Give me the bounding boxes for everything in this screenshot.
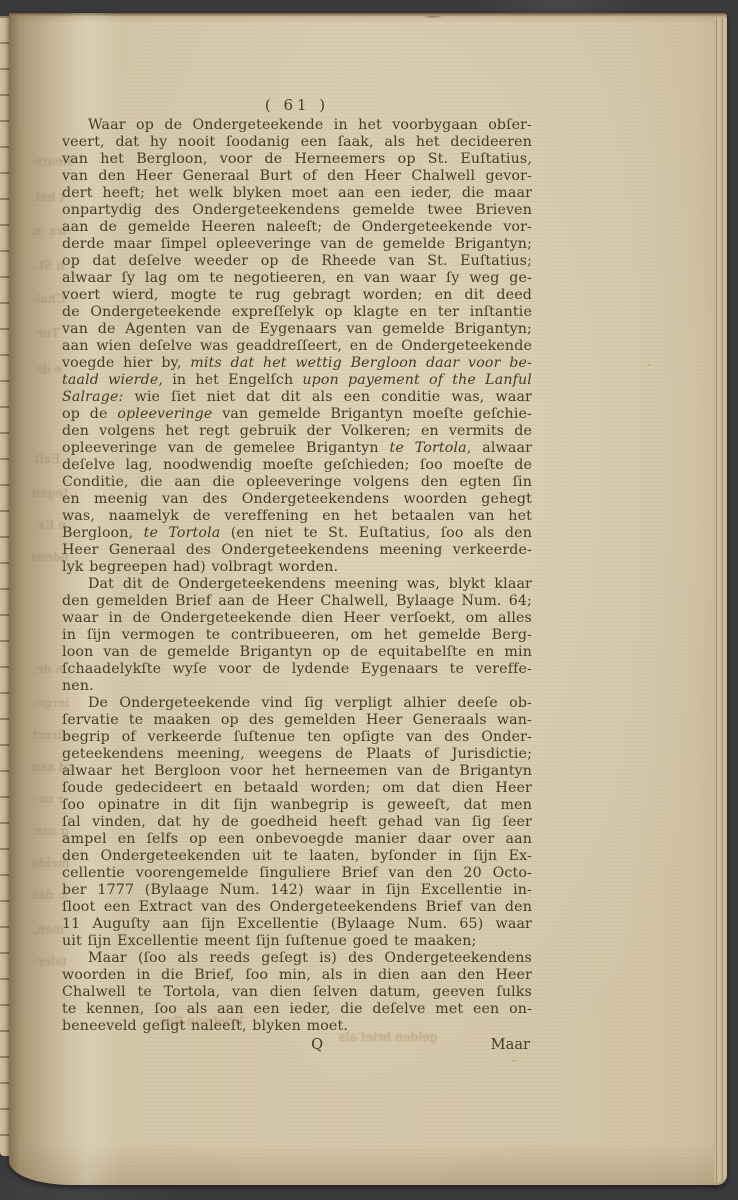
text-segment: voegde hier by, <box>62 355 190 371</box>
text-line: nen. <box>62 678 532 695</box>
text-segment: ber 1777 (Bylaage Num. 142) waar in ſijn… <box>62 882 532 898</box>
text-line: den Ondergeteekenden uit te laaten, byſo… <box>62 848 532 865</box>
page-number: ( 61 ) <box>62 95 532 115</box>
italic-text-segment: te Tortola <box>144 525 221 541</box>
text-line: alwaar ſy lag om te negotieeren, en van … <box>62 270 532 287</box>
text-segment: geteekendens meening, weegens de Plaats … <box>62 746 532 762</box>
text-line: Bergloon, te Tortola (en niet te St. Euſ… <box>62 525 532 542</box>
text-segment: van den Heer Generaal Burt of den Heer C… <box>62 168 532 184</box>
text-line: opleeveringe van de gemelee Brigantyn te… <box>62 440 532 457</box>
text-segment: ſchaadelykſte wyſe voor de lydende Eygen… <box>62 661 532 677</box>
text-line: ſoo opinatre in dit ſijn wanbegrip is ge… <box>62 797 532 814</box>
text-line: en meenig van des Ondergeteekendens woor… <box>62 491 532 508</box>
text-segment: veert, dat hy nooit ſoodanig een ſaak, a… <box>62 134 532 150</box>
text-line: de Ondergeteekende expreſſelyk op klagte… <box>62 304 532 321</box>
text-line: lyk begreepen had) volbragt worden. <box>62 559 532 576</box>
text-segment: (en niet te St. Euſtatius, ſoo als den <box>220 525 532 541</box>
text-line: ber 1777 (Bylaage Num. 142) waar in ſijn… <box>62 882 532 899</box>
ghost-text-fragment: n de <box>36 661 63 676</box>
ghost-text-fragment: t het <box>35 189 64 204</box>
text-line: Conditie, die aan die opleeveringe volge… <box>62 474 532 491</box>
text-segment: Bergloon, <box>62 525 144 541</box>
text-segment: woorden in die Brief, ſoo min, als in di… <box>62 967 532 983</box>
text-segment: van gemelde Brigantyn moeſte geſchie- <box>212 406 532 422</box>
text-segment: nen. <box>62 678 94 694</box>
page-edge-right <box>714 17 727 1182</box>
italic-text-segment: mits dat het wettig Bergloon daar voor b… <box>190 355 532 371</box>
text-line: De Ondergeteekende vind ſig verpligt alh… <box>62 695 532 712</box>
text-line: Dat dit de Ondergeteekendens meening was… <box>62 576 532 593</box>
text-line: van den Heer Generaal Burt of den Heer C… <box>62 168 532 185</box>
text-segment: uit ſijn Excellentie meent ſijn ſuſtenue… <box>62 933 476 949</box>
text-line: ſchaadelykſte wyſe voor de lydende Eygen… <box>62 661 532 678</box>
catchword-line: Q Maar <box>62 1036 532 1054</box>
text-line: derde maar ſimpel opleeveringe van de ge… <box>62 236 532 253</box>
text-line: Salrage: wie ſiet niet dat dit als een c… <box>62 389 532 406</box>
text-segment: loon van de gemelde Brigantyn op de equi… <box>62 644 532 660</box>
text-segment: voert wierd, mogte te rug gebragt worden… <box>62 287 532 303</box>
text-segment: alwaar ſy lag om te negotieeren, en van … <box>62 270 532 286</box>
text-segment: cellentie voorengemelde ſinguliere Brief… <box>62 865 532 881</box>
text-segment: aan de gemelde Heeren naleeſt; de Onderg… <box>62 219 532 235</box>
text-line: ſal vinden, dat hy de goedheid heeft geh… <box>62 814 532 831</box>
text-segment: , alwaar <box>467 440 532 456</box>
ghost-text-fragment: Eaſt <box>34 451 60 466</box>
text-segment: ſal vinden, dat hy de goedheid heeft geh… <box>62 814 532 830</box>
body-text: Waar op de Ondergeteekende in het voorby… <box>62 117 532 1035</box>
ghost-text-fragment: men, <box>33 921 64 936</box>
text-segment: waar in de Ondergeteekende dien Heer ver… <box>62 610 532 626</box>
ghost-text-fragment: r os- <box>35 791 63 806</box>
text-line: aan wien deſelve was geaddreſſeert, en d… <box>62 338 532 355</box>
text-segment: deſelve lag, noodwendig moeſte geſchiede… <box>62 457 532 473</box>
ghost-text-fragment: Tur <box>37 325 59 340</box>
text-segment: van de Agenten van de Eygenaars van geme… <box>62 321 532 337</box>
text-line: ſloot een Extract van des Ondergeteekend… <box>62 899 532 916</box>
text-segment: ampel en ſelfs op een onbevoegde manier … <box>62 831 532 847</box>
text-line: Maar (ſoo als reeds geſegt is) des Onder… <box>62 950 532 967</box>
text-segment: te kennen, ſoo als aan een ieder, die de… <box>62 1001 532 1017</box>
text-segment: en meenig van des Ondergeteekendens woor… <box>62 491 532 507</box>
text-line: op dat deſelve weeder op de Rheede van S… <box>62 253 532 270</box>
text-segment: was, naamelyk de vereffening en het beta… <box>62 508 532 524</box>
text-segment: derde maar ſimpel opleeveringe van de ge… <box>62 236 532 252</box>
text-segment: de Ondergeteekende expreſſelyk op klagte… <box>62 304 532 320</box>
scan-background: -ſieurs-t hetwa -nn St.Chal-Ture dsEaſtt… <box>0 0 738 1200</box>
text-line: taald wierde, in het Engelſch upon payem… <box>62 372 532 389</box>
text-segment: 11 Auguſty aan ſijn Excellentie (Bylaage… <box>62 916 532 932</box>
text-segment: ſoo opinatre in dit ſijn wanbegrip is ge… <box>62 797 532 813</box>
catchword: Maar <box>491 1036 530 1054</box>
text-line: alwaar het Bergloon voor het herneemen v… <box>62 763 532 780</box>
text-segment: , in het Engelſch <box>158 372 302 388</box>
text-line: loon van de gemelde Brigantyn op de equi… <box>62 644 532 661</box>
text-line: uit ſijn Excellentie meent ſijn ſuſtenue… <box>62 933 532 950</box>
page-edge-top <box>9 13 727 16</box>
text-line: beneeveld geſigt naleeſt, blyken moet. <box>62 1018 532 1035</box>
text-line: voert wierd, mogte te rug gebragt worden… <box>62 287 532 304</box>
text-segment: op de <box>62 406 117 422</box>
text-line: den gemelden Brief aan de Heer Chalwell,… <box>62 593 532 610</box>
text-segment: den gemelden Brief aan de Heer Chalwell,… <box>62 593 532 609</box>
ghost-text-fragment: e ds <box>36 361 62 376</box>
text-line: van het Bergloon, voor de Herneemers op … <box>62 151 532 168</box>
text-segment: ſloot een Extract van des Ondergeteekend… <box>62 899 532 915</box>
text-line: in ſijn vermogen te contribueeren, om he… <box>62 627 532 644</box>
text-segment: dert heeft; het welk blyken moet aan een… <box>62 185 532 201</box>
text-line: ſervatie te maaken op des gemelden Heer … <box>62 712 532 729</box>
text-line: Chalwell te Tortola, van dien ſelven dat… <box>62 984 532 1001</box>
text-segment: in ſijn vermogen te contribueeren, om he… <box>62 627 532 643</box>
text-line: ampel en ſelfs op een onbevoegde manier … <box>62 831 532 848</box>
text-line: onpartydig des Ondergeteekendens gemelde… <box>62 202 532 219</box>
text-line: cellentie voorengemelde ſinguliere Brief… <box>62 865 532 882</box>
text-line: woorden in die Brief, ſoo min, als in di… <box>62 967 532 984</box>
text-segment: ſoude gedecideert en betaald worden; om … <box>62 780 532 796</box>
italic-text-segment: te Tortola <box>390 440 467 456</box>
text-segment: alwaar het Bergloon voor het herneemen v… <box>62 763 532 779</box>
text-line: Waar op de Ondergeteekende in het voorby… <box>62 117 532 134</box>
text-line: dert heeft; het welk blyken moet aan een… <box>62 185 532 202</box>
text-line: voegde hier by, mits dat het wettig Berg… <box>62 355 532 372</box>
signature-mark: Q <box>311 1036 323 1054</box>
text-block: ( 61 ) Waar op de Ondergeteekende in het… <box>62 95 532 1054</box>
text-segment: lyk begreepen had) volbragt worden. <box>62 559 338 575</box>
text-line: op de opleeveringe van gemelde Brigantyn… <box>62 406 532 423</box>
text-segment: den volgens het regt gebruik der Volkere… <box>62 423 532 439</box>
text-line: waar in de Ondergeteekende dien Heer ver… <box>62 610 532 627</box>
text-line: was, naamelyk de vereffening en het beta… <box>62 508 532 525</box>
text-line: Heer Generaal des Ondergeteekendens meen… <box>62 542 532 559</box>
text-segment: Maar (ſoo als reeds geſegt is) des Onder… <box>88 950 532 966</box>
text-segment: Dat dit de Ondergeteekendens meening was… <box>62 576 532 593</box>
text-segment: onpartydig des Ondergeteekendens gemelde… <box>62 202 532 218</box>
italic-text-segment: Salrage: <box>62 389 123 405</box>
text-segment: beneeveld geſigt naleeſt, blyken moet. <box>62 1018 348 1034</box>
text-line: te kennen, ſoo als aan een ieder, die de… <box>62 1001 532 1018</box>
text-segment: aan wien deſelve was geaddreſſeert, en d… <box>62 338 532 354</box>
text-segment: op dat deſelve weeder op de Rheede van S… <box>62 253 532 269</box>
text-line: begrip of verkeerde ſuſtenue ten opſigte… <box>62 729 532 746</box>
text-segment: ſervatie te maaken op des gemelden Heer … <box>62 712 532 728</box>
book-page: -ſieurs-t hetwa -nn St.Chal-Ture dsEaſtt… <box>9 13 727 1185</box>
text-segment: begrip of verkeerde ſuſtenue ten opſigte… <box>62 729 532 745</box>
text-line: veert, dat hy nooit ſoodanig een ſaak, a… <box>62 134 532 151</box>
text-segment: De Ondergeteekende vind ſig verpligt alh… <box>88 695 532 711</box>
text-line: aan de gemelde Heeren naleeſt; de Onderg… <box>62 219 532 236</box>
ghost-text-fragment: n St. <box>35 257 65 272</box>
text-line: 11 Auguſty aan ſijn Excellentie (Bylaage… <box>62 916 532 933</box>
italic-text-segment: taald wierde <box>62 372 158 388</box>
text-line: van de Agenten van de Eygenaars van geme… <box>62 321 532 338</box>
text-segment: opleeveringe van de gemelee Brigantyn <box>62 440 390 456</box>
text-line: geteekendens meening, weegens de Plaats … <box>62 746 532 763</box>
text-segment: van het Bergloon, voor de Herneemers op … <box>62 151 532 167</box>
text-segment: Conditie, die aan die opleeveringe volge… <box>62 474 532 490</box>
italic-text-segment: upon payement of the Lanful <box>302 372 532 388</box>
text-segment: Chalwell te Tortola, van dien ſelven dat… <box>62 984 532 1000</box>
text-segment: wie ſiet niet dat dit als een conditie w… <box>123 389 532 405</box>
text-segment: Waar op de Ondergeteekende in het voorby… <box>88 117 532 133</box>
text-line: deſelve lag, noodwendig moeſte geſchiede… <box>62 457 532 474</box>
italic-text-segment: opleeveringe <box>117 406 212 422</box>
text-segment: den Ondergeteekenden uit te laaten, byſo… <box>62 848 532 864</box>
text-segment: Heer Generaal des Ondergeteekendens meen… <box>62 542 532 558</box>
text-line: den volgens het regt gebruik der Volkere… <box>62 423 532 440</box>
ghost-text-fragment: Chal- <box>32 291 65 306</box>
text-line: ſoude gedecideert en betaald worden; om … <box>62 780 532 797</box>
